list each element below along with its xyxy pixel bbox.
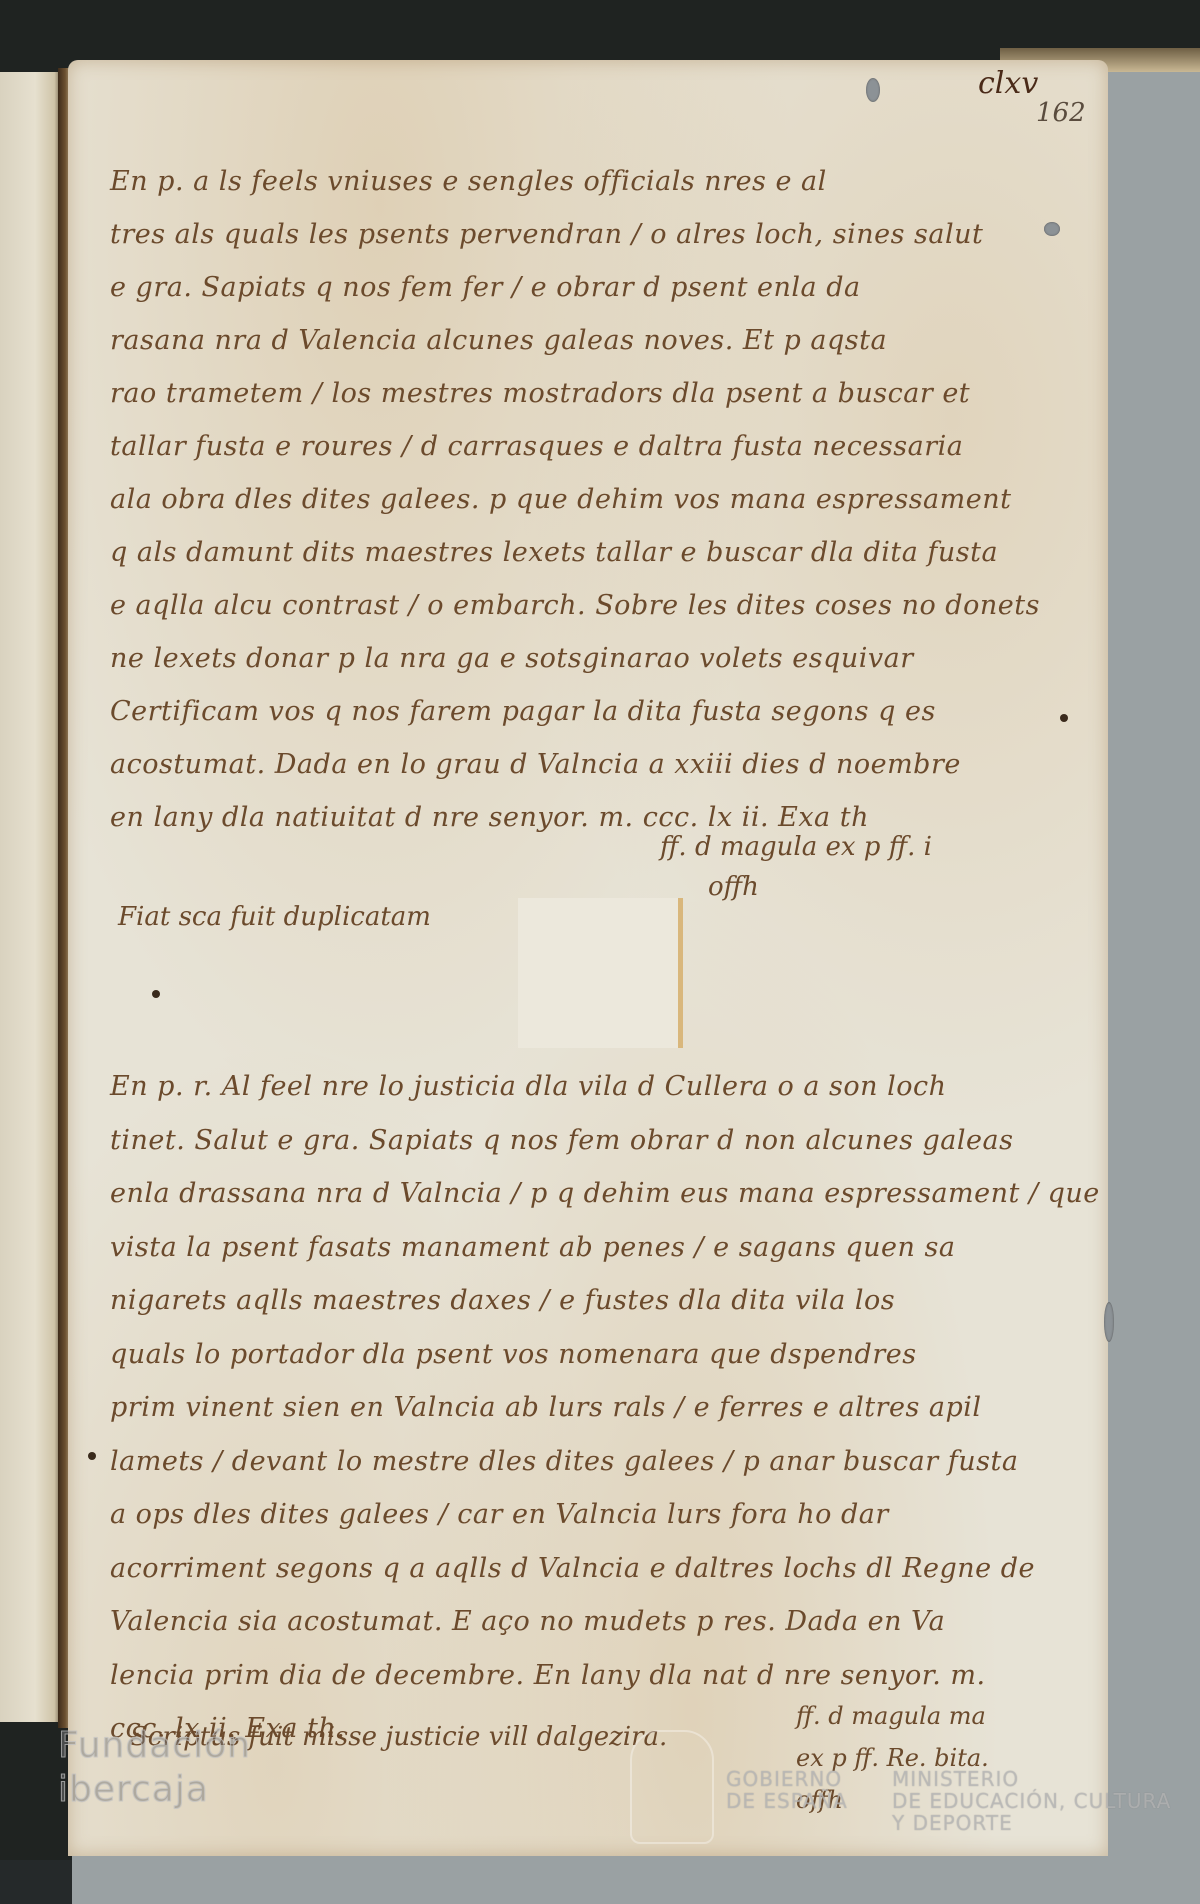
dark-background-corner: [0, 1860, 72, 1904]
watermark-line: GOBIERNO: [726, 1768, 848, 1790]
folio-number-roman: clxv: [978, 66, 1038, 101]
text-line: quals lo portador dla psent vos nomenara…: [110, 1328, 1100, 1382]
ink-dot: [1060, 714, 1068, 722]
text-line: rasana nra d Valencia alcunes galeas nov…: [110, 314, 1040, 367]
watermark-line: DE EDUCACIÓN, CULTURA: [892, 1790, 1171, 1812]
watermark-line: Fundación: [58, 1724, 251, 1768]
letter-1-signature-mark: offh: [708, 872, 759, 902]
gray-backing-board: [1108, 70, 1200, 1904]
gray-backing-board-bottom: [72, 1854, 1200, 1904]
text-line: En p. r. Al feel nre lo justicia dla vil…: [110, 1060, 1100, 1114]
ministry-watermark: MINISTERIO DE EDUCACIÓN, CULTURA Y DEPOR…: [892, 1768, 1171, 1834]
text-line: prim vinent sien en Valncia ab lurs rals…: [110, 1381, 1100, 1435]
watermark-line: MINISTERIO: [892, 1768, 1171, 1790]
text-line: Valencia sia acostumat. E aço no mudets …: [110, 1595, 1100, 1649]
text-line: lamets / devant lo mestre dles dites gal…: [110, 1435, 1100, 1489]
text-line: En p. a ls feels vniuses e sengles offic…: [110, 155, 1040, 208]
text-line: acostumat. Dada en lo grau d Valncia a x…: [110, 738, 1040, 791]
folio-number-arabic: 162: [1036, 98, 1086, 128]
text-line: tres als quals les psents pervendran / o…: [110, 208, 1040, 261]
text-line: a ops dles dites galees / car en Valncia…: [110, 1488, 1100, 1542]
letter-1-signature: ff. d magula ex p ff. i: [660, 832, 932, 862]
watermark-line: Y DEPORTE: [892, 1812, 1171, 1834]
coat-of-arms-icon: [630, 1730, 714, 1844]
letter-2-text: En p. r. Al feel nre lo justicia dla vil…: [110, 1060, 1100, 1756]
text-line: acorriment segons q a aqlls d Valncia e …: [110, 1542, 1100, 1596]
text-line: lencia prim dia de decembre. En lany dla…: [110, 1649, 1100, 1703]
marginal-note: Fiat sca fuit duplicatam: [118, 902, 431, 932]
parchment-hole: [1044, 222, 1060, 236]
watermark-line: DE ESPAÑA: [726, 1790, 848, 1812]
text-line: q als damunt dits maestres lexets tallar…: [110, 526, 1040, 579]
text-line: tallar fusta e roures / d carrasques e d…: [110, 420, 1040, 473]
left-facing-page-edge: [0, 72, 64, 1722]
foundation-watermark: Fundación ibercaja: [58, 1724, 251, 1812]
watermark-line: ibercaja: [58, 1768, 251, 1812]
parchment-hole: [866, 78, 880, 102]
text-line: rao trametem / los mestres mostradors dl…: [110, 367, 1040, 420]
text-line: enla drassana nra d Valncia / p q dehim …: [110, 1167, 1100, 1221]
text-line: e gra. Sapiats q nos fem fer / e obrar d…: [110, 261, 1040, 314]
pasted-paper-repair: [518, 898, 683, 1048]
text-line: ne lexets donar p la nra ga e sotsginara…: [110, 632, 1040, 685]
signature-line: ff. d magula ma: [796, 1695, 989, 1737]
parchment-hole: [1104, 1302, 1114, 1342]
ink-dot: [152, 990, 160, 998]
letter-1-text: En p. a ls feels vniuses e sengles offic…: [110, 155, 1040, 844]
text-line: Certificam vos q nos farem pagar la dita…: [110, 685, 1040, 738]
text-line: nigarets aqlls maestres daxes / e fustes…: [110, 1274, 1100, 1328]
ink-dot: [88, 1452, 96, 1460]
government-watermark: GOBIERNO DE ESPAÑA: [726, 1768, 848, 1812]
text-line: e aqlla alcu contrast / o embarch. Sobre…: [110, 579, 1040, 632]
text-line: vista la psent fasats manament ab penes …: [110, 1221, 1100, 1275]
text-line: ala obra dles dites galees. p que dehim …: [110, 473, 1040, 526]
text-line: tinet. Salut e gra. Sapiats q nos fem ob…: [110, 1114, 1100, 1168]
